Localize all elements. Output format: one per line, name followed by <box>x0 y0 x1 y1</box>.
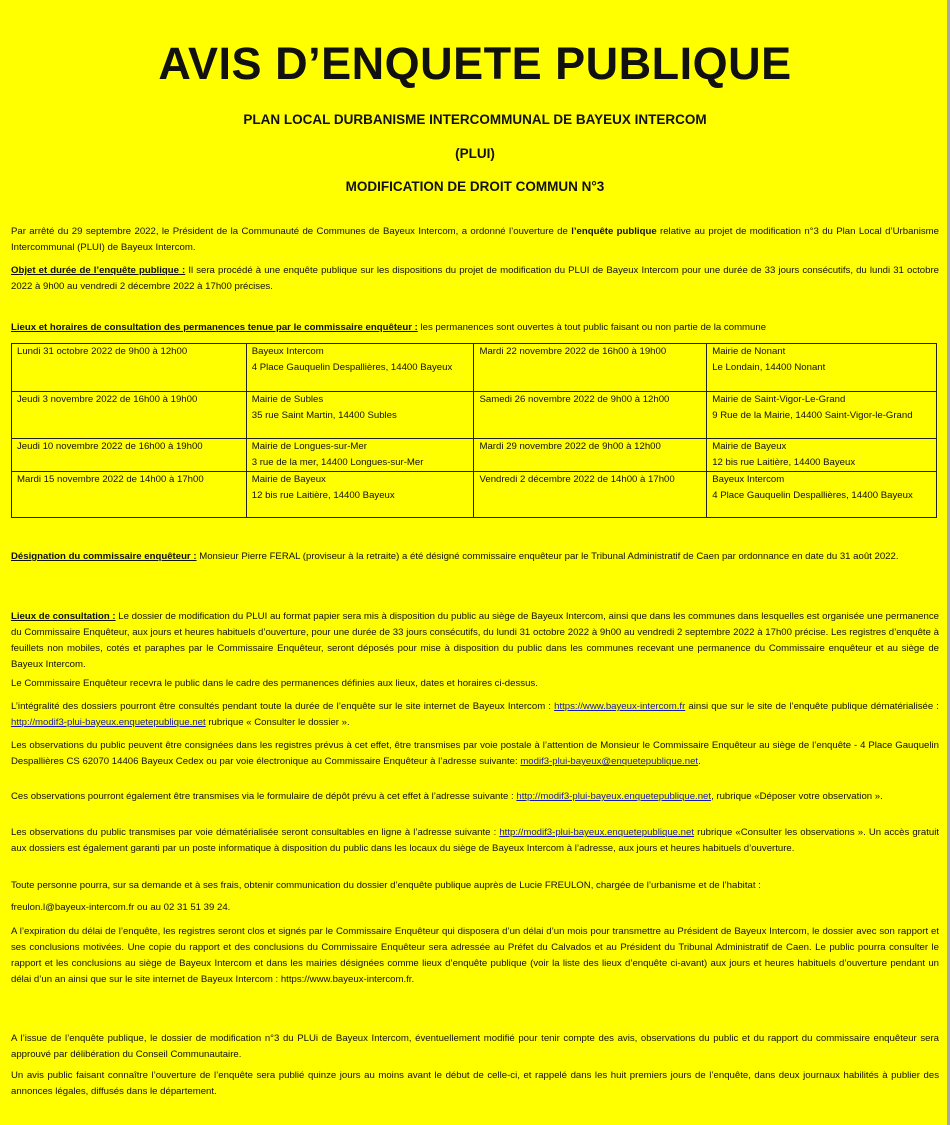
observations-registres-paragraph: Les observations du public peuvent être … <box>11 738 939 770</box>
observations-registres-end: . <box>698 756 701 767</box>
permanence-location: Mairie de Subles35 rue Saint Martin, 144… <box>246 392 474 439</box>
permanences-text: les permanences sont ouvertes à tout pub… <box>418 322 766 333</box>
communication-paragraph: Toute personne pourra, sur sa demande et… <box>11 878 939 894</box>
permanence-location: Mairie de Saint-Vigor-Le-Grand9 Rue de l… <box>707 392 937 439</box>
permanences-table: Lundi 31 octobre 2022 de 9h00 à 12h00Bay… <box>11 343 937 518</box>
observations-consultables-text: Les observations du public transmises pa… <box>11 827 499 838</box>
designation-paragraph: Désignation du commissaire enquêteur : M… <box>11 549 939 565</box>
permanence-date: Vendredi 2 décembre 2022 de 14h00 à 17h0… <box>474 472 707 518</box>
permanence-place: Mairie de Saint-Vigor-Le-Grand <box>712 392 931 408</box>
permanence-row: Lundi 31 octobre 2022 de 9h00 à 12h00Bay… <box>12 344 937 392</box>
subtitle-plan: PLAN LOCAL DURBANISME INTERCOMMUNAL DE B… <box>11 112 939 127</box>
observations-formulaire-paragraph: Ces observations pourront également être… <box>11 789 939 805</box>
objet-label: Objet et durée de l’enquête publique : <box>11 265 185 276</box>
permanence-date: Lundi 31 octobre 2022 de 9h00 à 12h00 <box>12 344 247 392</box>
permanence-address: 12 bis rue Laitière, 14400 Bayeux <box>252 488 469 504</box>
permanence-address: 35 rue Saint Martin, 14400 Subles <box>252 408 469 424</box>
permanence-row: Mardi 15 novembre 2022 de 14h00 à 17h00M… <box>12 472 937 518</box>
enquete-publique-link[interactable]: http://modif3-plui-bayeux.enquetepubliqu… <box>11 717 206 728</box>
permanences-heading: Lieux et horaires de consultation des pe… <box>11 320 939 336</box>
permanence-location: Mairie de Bayeux12 bis rue Laitière, 144… <box>246 472 474 518</box>
page-title: AVIS D’ENQUETE PUBLIQUE <box>11 38 939 90</box>
consultation-label: Lieux de consultation : <box>11 611 116 622</box>
avis-public-paragraph: Un avis public faisant connaître l’ouver… <box>11 1068 939 1100</box>
reception-paragraph: Le Commissaire Enquêteur recevra le publ… <box>11 676 939 692</box>
permanence-location: Mairie de Bayeux12 bis rue Laitière, 144… <box>707 439 937 472</box>
permanence-place: Bayeux Intercom <box>712 472 931 488</box>
permanence-place: Mairie de Longues-sur-Mer <box>252 439 469 455</box>
permanence-place: Mairie de Subles <box>252 392 469 408</box>
permanence-address: 12 bis rue Laitière, 14400 Bayeux <box>712 455 931 471</box>
integralite-text: L’intégralité des dossiers pourront être… <box>11 701 554 712</box>
permanence-place: Mairie de Nonant <box>712 344 931 360</box>
subtitle-plui: (PLUI) <box>11 146 939 161</box>
consultation-text: Le dossier de modification du PLUI au fo… <box>11 611 939 670</box>
observations-formulaire-end: , rubrique «Déposer votre observation ». <box>711 791 883 802</box>
observations-link[interactable]: http://modif3-plui-bayeux.enquetepubliqu… <box>499 827 694 838</box>
permanence-place: Bayeux Intercom <box>252 344 469 360</box>
permanence-place: Mairie de Bayeux <box>712 439 931 455</box>
integralite-text-3: rubrique « Consulter le dossier ». <box>206 717 350 728</box>
designation-label: Désignation du commissaire enquêteur : <box>11 551 197 562</box>
permanence-location: Bayeux Intercom4 Place Gauquelin Despall… <box>246 344 474 392</box>
issue-paragraph: A l’issue de l’enquête publique, le doss… <box>11 1031 939 1063</box>
permanences-label: Lieux et horaires de consultation des pe… <box>11 322 418 333</box>
permanence-location: Mairie de NonantLe Londain, 14400 Nonant <box>707 344 937 392</box>
bayeux-intercom-link[interactable]: https://www.bayeux-intercom.fr <box>554 701 685 712</box>
formulaire-link[interactable]: http://modif3-plui-bayeux.enquetepubliqu… <box>516 791 711 802</box>
permanence-address: 9 Rue de la Mairie, 14400 Saint-Vigor-le… <box>712 408 931 424</box>
designation-text: Monsieur Pierre FERAL (proviseur à la re… <box>197 551 899 562</box>
expiration-paragraph: A l’expiration du délai de l’enquête, le… <box>11 924 939 988</box>
permanence-location: Bayeux Intercom4 Place Gauquelin Despall… <box>707 472 937 518</box>
permanence-location: Mairie de Longues-sur-Mer3 rue de la mer… <box>246 439 474 472</box>
observations-registres-text: Les observations du public peuvent être … <box>11 740 939 767</box>
permanence-date: Jeudi 3 novembre 2022 de 16h00 à 19h00 <box>12 392 247 439</box>
permanence-address: 3 rue de la mer, 14400 Longues-sur-Mer <box>252 455 469 471</box>
integralite-text-2: ainsi que sur le site de l’enquête publi… <box>685 701 939 712</box>
intro-text: Par arrêté du 29 septembre 2022, le Prés… <box>11 226 571 237</box>
intro-bold: l’enquête publique <box>571 226 656 237</box>
permanence-address: 4 Place Gauquelin Despallières, 14400 Ba… <box>252 360 469 376</box>
consultation-paragraph: Lieux de consultation : Le dossier de mo… <box>11 609 939 673</box>
permanence-date: Mardi 15 novembre 2022 de 14h00 à 17h00 <box>12 472 247 518</box>
permanence-date: Samedi 26 novembre 2022 de 9h00 à 12h00 <box>474 392 707 439</box>
contact-paragraph: freulon.l@bayeux-intercom.fr ou au 02 31… <box>11 900 939 916</box>
permanence-row: Jeudi 10 novembre 2022 de 16h00 à 19h00M… <box>12 439 937 472</box>
observations-consultables-paragraph: Les observations du public transmises pa… <box>11 825 939 857</box>
enquete-email-link[interactable]: modif3-plui-bayeux@enquetepublique.net <box>520 756 698 767</box>
permanence-date: Mardi 29 novembre 2022 de 9h00 à 12h00 <box>474 439 707 472</box>
permanence-date: Jeudi 10 novembre 2022 de 16h00 à 19h00 <box>12 439 247 472</box>
permanence-place: Mairie de Bayeux <box>252 472 469 488</box>
permanence-address: Le Londain, 14400 Nonant <box>712 360 931 376</box>
observations-formulaire-text: Ces observations pourront également être… <box>11 791 516 802</box>
permanence-address: 4 Place Gauquelin Despallières, 14400 Ba… <box>712 488 931 504</box>
objet-paragraph: Objet et durée de l’enquête publique : I… <box>11 263 939 295</box>
intro-paragraph: Par arrêté du 29 septembre 2022, le Prés… <box>11 224 939 256</box>
subtitle-modification: MODIFICATION DE DROIT COMMUN N°3 <box>11 179 939 194</box>
integralite-paragraph: L’intégralité des dossiers pourront être… <box>11 699 939 731</box>
permanence-row: Jeudi 3 novembre 2022 de 16h00 à 19h00Ma… <box>12 392 937 439</box>
permanence-date: Mardi 22 novembre 2022 de 16h00 à 19h00 <box>474 344 707 392</box>
